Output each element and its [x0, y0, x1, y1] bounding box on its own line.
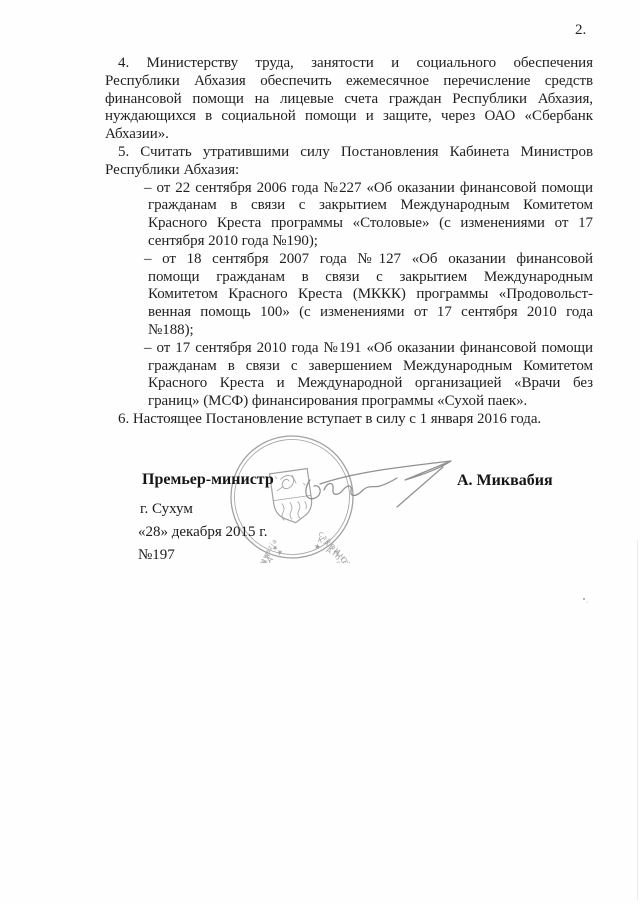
body-line: Республики Абхазия: [105, 162, 593, 180]
body-line: – от 17 сентября 2010 года №191 «Об оказ… [148, 340, 593, 358]
signer-name: А. Миквабия [457, 472, 553, 490]
body-line: Красного Креста и Международной организа… [148, 375, 593, 393]
body-line: Комитетом Красного Креста (МККК) програм… [148, 286, 593, 304]
body-line: нуждающихся в социальной помощи и защите… [105, 108, 593, 126]
document-body: 4. Министерству труда, занятости и социа… [105, 55, 593, 429]
body-line: Республики Абхазия обеспечить ежемесячно… [105, 73, 593, 91]
body-line: Красного Креста программы «Столовые» (с … [148, 215, 593, 233]
list-item: – от 22 сентября 2006 года №227 «Об оказ… [105, 180, 593, 251]
document-number: №197 [138, 547, 175, 564]
paragraph: 6. Настоящее Постановление вступает в си… [105, 411, 593, 429]
scan-speck [583, 598, 588, 603]
signature-date: «28» декабря 2015 г. [138, 524, 268, 541]
signature-scrawl-icon [300, 450, 465, 515]
signature-city: г. Сухум [140, 501, 193, 518]
body-line: – от 22 сентября 2006 года №227 «Об оказ… [148, 180, 593, 198]
body-line: границ» (МСФ) финансирования программы «… [148, 393, 593, 411]
paragraph: 4. Министерству труда, занятости и социа… [105, 55, 593, 144]
body-line: 5. Считать утратившими силу Постановлени… [105, 144, 593, 162]
body-line: Абхазии». [105, 126, 593, 144]
body-line: помощи гражданам в связи с закрытием Меж… [148, 269, 593, 287]
body-line: №188); [148, 322, 593, 340]
signer-title: Премьер-министр [142, 471, 274, 489]
body-line: 4. Министерству труда, занятости и социа… [105, 55, 593, 73]
document-page: 2. 4. Министерству труда, занятости и со… [0, 0, 640, 905]
body-line: – от 18 сентября 2007 года №127 «Об оказ… [148, 251, 593, 269]
list-item: – от 17 сентября 2010 года №191 «Об оказ… [105, 340, 593, 411]
paragraph: 5. Считать утратившими силу Постановлени… [105, 144, 593, 180]
body-line: венная помощь 100» (с изменениями от 17 … [148, 304, 593, 322]
body-line: финансовой помощи на лицевые счета гражд… [105, 91, 593, 109]
page-number: 2. [575, 22, 586, 39]
body-line: гражданам в связи с завершением Междунар… [148, 358, 593, 376]
body-line: гражданам в связи с закрытием Международ… [148, 197, 593, 215]
scan-edge-artifact [637, 540, 638, 900]
list-item: – от 18 сентября 2007 года №127 «Об оказ… [105, 251, 593, 340]
body-line: 6. Настоящее Постановление вступает в си… [105, 411, 593, 429]
body-line: сентября 2010 года №190); [148, 233, 593, 251]
